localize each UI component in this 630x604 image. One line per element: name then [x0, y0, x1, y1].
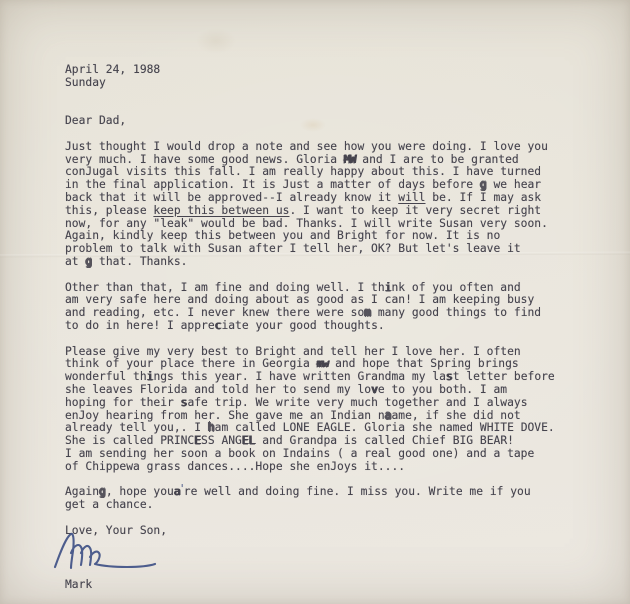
letter-text: at	[65, 255, 85, 268]
letter-text: and hope that Spring brings	[328, 357, 518, 370]
letter-text: She is called PRINC	[65, 434, 194, 447]
letter-text-smudge: g	[480, 178, 487, 191]
letter-text: Just thought I would drop a note and see…	[65, 140, 548, 153]
day-line: Sunday	[65, 77, 630, 90]
letter-text: and Grandpa is called Chief BIG BEAR!	[255, 434, 513, 447]
blank-line	[65, 102, 630, 115]
letter-text-u: keep this between us	[153, 204, 289, 217]
letter-line: to do in here! I appreciate your good th…	[65, 320, 630, 333]
letter-text-smudge: a	[385, 409, 392, 422]
letter-text: ngs this year. I have written Grandma my…	[153, 370, 445, 383]
letter-text: Other than that, I am fine and doing wel…	[65, 281, 385, 294]
salutation: Dear Dad,	[65, 114, 126, 127]
letter-text: am called LONE EAGLE. Gloria she named W…	[215, 421, 555, 434]
letter-text: this, please	[65, 204, 153, 217]
letter-text-pen: '	[181, 482, 184, 495]
letter-text: enJoy hearing from her. She gave me an I…	[65, 409, 385, 422]
letter-text: nk of you often and	[391, 281, 520, 294]
letter-text: am very safe here and doing about as goo…	[65, 293, 534, 306]
letter-text: and I are to be granted	[355, 153, 518, 166]
signature-handwritten-mark	[51, 531, 171, 579]
letter-text-ot: EL	[242, 434, 256, 447]
letter-text: SS ANG	[201, 434, 242, 447]
letter-text: Again, kindly keep this between you and …	[65, 229, 500, 242]
letter-text: in the final application. It is Just a m…	[65, 178, 480, 191]
letter-text-xout: MW	[344, 153, 356, 166]
letter-text: and reading, etc. I never knew there wer…	[65, 306, 364, 319]
blank-line	[65, 90, 630, 103]
letter-paragraphs: Just thought I would drop a note and see…	[65, 141, 630, 525]
letter-text: many good things to find	[371, 306, 541, 319]
letter-text: conJugal visits this fall. I am really h…	[65, 165, 541, 178]
letter-text: think of your place there in Georgia	[65, 357, 317, 370]
letter-text: t letter before	[453, 370, 555, 383]
letter-text-smudge: g	[99, 485, 106, 498]
letter-text-u: will	[398, 191, 425, 204]
salutation-line: Dear Dad,	[65, 115, 630, 128]
date-line: April 24, 1988	[65, 64, 630, 77]
letter-body: April 24, 1988 Sunday Dear Dad, Just tho…	[0, 0, 630, 592]
letter-text: to do in here! I appre	[65, 319, 215, 332]
letter-line: at g that. Thanks.	[65, 256, 630, 269]
letter-text: that. Thanks.	[92, 255, 187, 268]
letter-text: already tell you,. I	[65, 421, 208, 434]
letter-page: April 24, 1988 Sunday Dear Dad, Just tho…	[0, 0, 630, 604]
letter-text-smudge: h	[208, 421, 215, 434]
letter-text: get a chance.	[65, 498, 153, 511]
letter-text-ot: s	[446, 370, 453, 383]
letter-text: wonderful th	[65, 370, 147, 383]
typed-name-line: Mark	[65, 579, 630, 592]
letter-text: , hope you	[106, 485, 174, 498]
letter-text: we hear	[487, 178, 541, 191]
letter-date: April 24, 1988	[65, 63, 160, 76]
letter-text: re well and doing fine. I miss you. Writ…	[184, 485, 531, 498]
letter-text: Again	[65, 485, 99, 498]
letter-text: afe trip. We write very much together an…	[187, 396, 527, 409]
letter-text: very much. I have some good news. Gloria	[65, 153, 344, 166]
letter-day: Sunday	[65, 76, 106, 89]
letter-line: get a chance.	[65, 499, 630, 512]
letter-text: of Chippewa grass dances....Hope she enJ…	[65, 460, 405, 473]
letter-text: hoping for their	[65, 396, 181, 409]
letter-text-smudge: g	[85, 255, 92, 268]
letter-text: now, for any "leak" would be bad. Thanks…	[65, 217, 548, 230]
closing: Love, Your Son,	[65, 524, 167, 537]
letter-text-ot: a	[174, 485, 181, 498]
letter-text: I am sending her soon a book on Indains …	[65, 447, 534, 460]
closing-line: Love, Your Son,	[65, 525, 630, 538]
signature-area	[65, 537, 630, 579]
letter-text-xout: mw	[317, 357, 329, 370]
letter-text: e to you both. I am	[378, 383, 507, 396]
typed-name: Mark	[65, 578, 92, 591]
letter-text: iate your good thoughts.	[221, 319, 384, 332]
letter-line: of Chippewa grass dances....Hope she enJ…	[65, 461, 630, 474]
letter-text: be. If I may ask	[425, 191, 541, 204]
letter-text: problem to talk with Susan after I tell …	[65, 242, 521, 255]
letter-text: she leaves Florida and told her to send …	[65, 383, 371, 396]
letter-text: back that it will be approved--I already…	[65, 191, 398, 204]
letter-text: . I want to keep it very secret right	[289, 204, 541, 217]
letter-text-smudge: m	[364, 306, 371, 319]
letter-text-ot: v	[371, 383, 378, 396]
letter-text: ame, if she did not	[391, 409, 520, 422]
letter-text: Please give my very best to Bright and t…	[65, 345, 521, 358]
